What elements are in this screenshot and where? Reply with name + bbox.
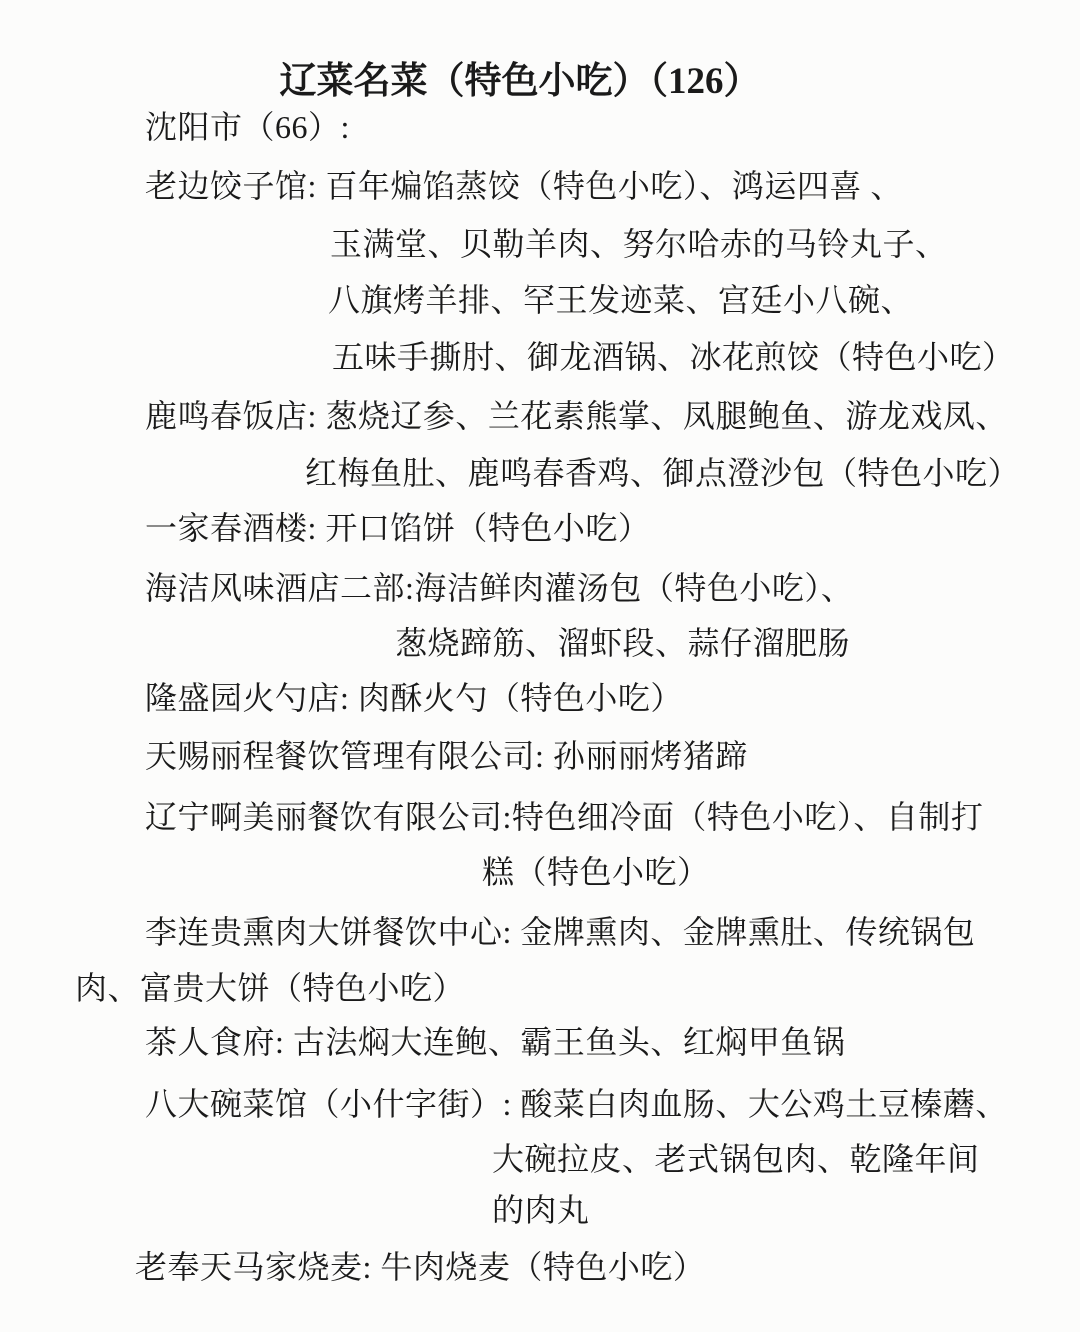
line-yijiachun-restaurant: 一家春酒楼: 开口馅饼（特色小吃）	[145, 508, 650, 548]
line-badawan-continued-2: 的肉丸	[492, 1190, 590, 1230]
line-laobian-continued-1: 玉满堂、贝勒羊肉、努尔哈赤的马铃丸子、	[330, 224, 948, 264]
line-city-header: 沈阳市（66）:	[145, 107, 350, 147]
line-laofengtian-restaurant: 老奉天马家烧麦: 牛肉烧麦（特色小吃）	[135, 1247, 705, 1287]
line-laobian-continued-3: 五味手撕肘、御龙酒锅、冰花煎饺（特色小吃）	[332, 337, 1015, 377]
line-laobian-restaurant: 老边饺子馆: 百年煸馅蒸饺（特色小吃）、鸿运四喜 、	[145, 166, 903, 206]
line-tiancilicheng-company: 天赐丽程餐饮管理有限公司: 孙丽丽烤猪蹄	[145, 736, 748, 776]
line-longshengyuan-restaurant: 隆盛园火勺店: 肉酥火勺（特色小吃）	[145, 678, 683, 718]
line-lilianggui-center: 李连贵熏肉大饼餐饮中心: 金牌熏肉、金牌熏肚、传统锅包	[145, 912, 975, 952]
line-ameili-continued: 糕（特色小吃）	[482, 852, 710, 892]
document-title: 辽菜名菜（特色小吃）（126）	[0, 50, 1040, 104]
line-badawan-continued-1: 大碗拉皮、老式锅包肉、乾隆年间	[492, 1139, 980, 1179]
line-badawan-restaurant: 八大碗菜馆（小什字街）: 酸菜白肉血肠、大公鸡土豆榛蘑、	[145, 1084, 1008, 1124]
line-haijie-restaurant: 海洁风味酒店二部:海洁鲜肉灌汤包（特色小吃）、	[145, 568, 853, 608]
line-lumingchun-continued: 红梅鱼肚、鹿鸣春香鸡、御点澄沙包（特色小吃）	[305, 453, 1020, 493]
line-charen-restaurant: 茶人食府: 古法焖大连鲍、霸王鱼头、红焖甲鱼锅	[145, 1022, 845, 1062]
line-haijie-continued: 葱烧蹄筋、溜虾段、蒜仔溜肥肠	[395, 623, 850, 663]
line-lumingchun-restaurant: 鹿鸣春饭店: 葱烧辽参、兰花素熊掌、凤腿鲍鱼、游龙戏凤、	[145, 396, 1008, 436]
line-lilianggui-continued: 肉、富贵大饼（特色小吃）	[75, 968, 465, 1008]
line-laobian-continued-2: 八旗烤羊排、罕王发迹菜、宫廷小八碗、	[328, 280, 913, 320]
line-liaoning-ameili-company: 辽宁啊美丽餐饮有限公司:特色细冷面（特色小吃）、自制打	[145, 797, 983, 837]
scanned-document-page: 辽菜名菜（特色小吃）（126） 沈阳市（66）: 老边饺子馆: 百年煸馅蒸饺（特…	[0, 0, 1080, 1332]
